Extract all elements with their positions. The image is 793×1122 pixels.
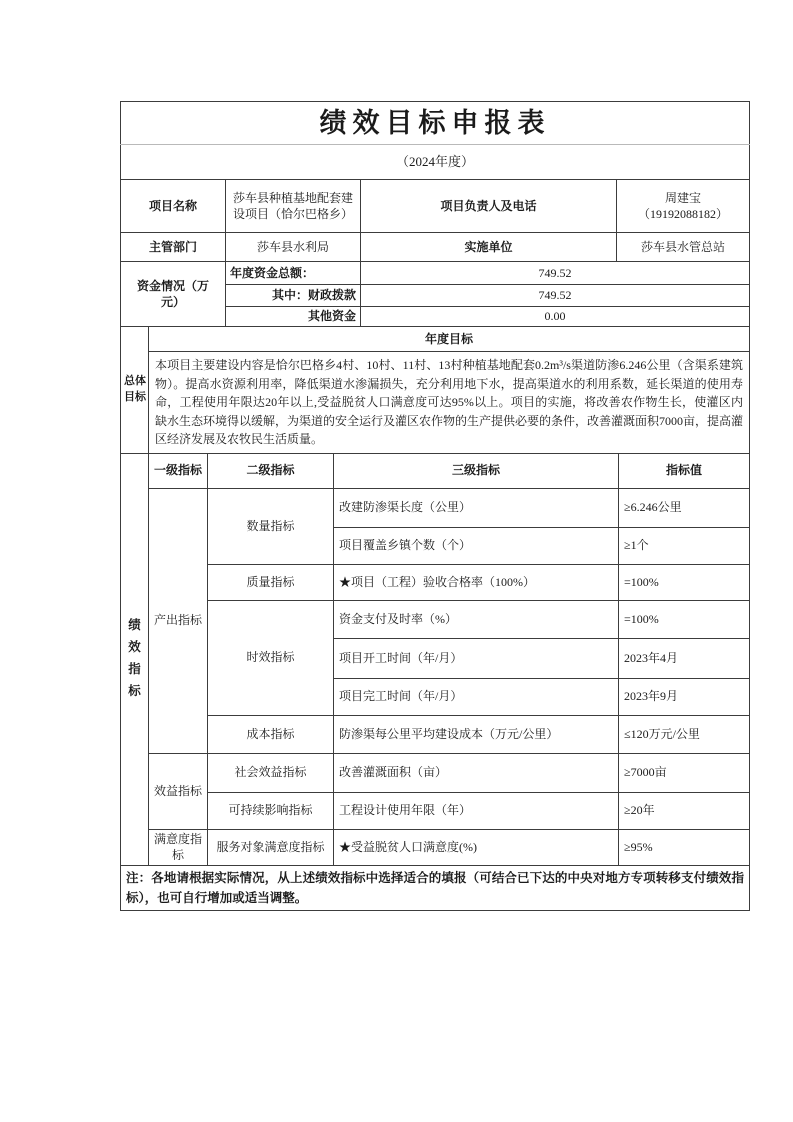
l3-cell: 项目完工时间（年/月） xyxy=(334,678,619,715)
header-level1: 一级指标 xyxy=(149,453,208,488)
indicator-row: 成本指标 防渗渠每公里平均建设成本（万元/公里） ≤120万元/公里 xyxy=(121,715,750,753)
header-value: 指标值 xyxy=(619,453,750,488)
fund-fiscal-value: 749.52 xyxy=(361,285,750,307)
l3-cell: 工程设计使用年限（年） xyxy=(334,792,619,829)
l2-quality-cell: 质量指标 xyxy=(208,564,334,600)
fund-total-row: 资金情况（万元） 年度资金总额： 749.52 xyxy=(121,262,750,285)
l1-output-cell: 产出指标 xyxy=(149,488,208,753)
title-section: 绩效目标申报表 （2024年度） xyxy=(120,101,750,180)
l2-quantity-cell: 数量指标 xyxy=(208,488,334,564)
l3-cell: 资金支付及时率（%） xyxy=(334,600,619,638)
impl-unit-value: 莎车县水管总站 xyxy=(617,233,750,262)
funds-section: 资金情况（万元） 年度资金总额： 749.52 其中：财政拨款 749.52 其… xyxy=(120,261,750,327)
indicator-row: 质量指标 ★项目（工程）验收合格率（100%） =100% xyxy=(121,564,750,600)
value-cell: 2023年4月 xyxy=(619,638,750,678)
note-section: 注：各地请根据实际情况，从上述绩效指标中选择适合的填报（可结合已下达的中央对地方… xyxy=(120,865,750,911)
overall-goal-section: 总体目标 年度目标 本项目主要建设内容是恰尔巴格乡4村、10村、11村、13村种… xyxy=(120,326,750,454)
value-cell: =100% xyxy=(619,600,750,638)
manager-label: 项目负责人及电话 xyxy=(361,180,617,233)
indicator-row: 产出指标 数量指标 改建防渗渠长度（公里） ≥6.246公里 xyxy=(121,488,750,527)
funds-section-label: 资金情况（万元） xyxy=(121,262,226,327)
header-level2: 二级指标 xyxy=(208,453,334,488)
overall-goal-side-label: 总体目标 xyxy=(121,327,149,454)
l3-cell: 项目覆盖乡镇个数（个） xyxy=(334,527,619,564)
indicators-side-label-text: 绩效指标 xyxy=(128,615,142,703)
l2-sustainability-cell: 可持续影响指标 xyxy=(208,792,334,829)
l3-cell: 改善灌溉面积（亩） xyxy=(334,753,619,792)
form-title: 绩效目标申报表 xyxy=(121,102,750,145)
footnote: 注：各地请根据实际情况，从上述绩效指标中选择适合的填报（可结合已下达的中央对地方… xyxy=(121,865,750,910)
funds-section-label-text: 资金情况（万元） xyxy=(131,278,215,310)
value-cell: =100% xyxy=(619,564,750,600)
project-name-row: 项目名称 莎车县种植基地配套建设项目（恰尔巴格乡） 项目负责人及电话 周建宝 （… xyxy=(121,180,750,233)
l2-service-satisfaction-cell: 服务对象满意度指标 xyxy=(208,829,334,865)
form-year-subtitle: （2024年度） xyxy=(121,145,750,180)
indicators-section: 绩效指标 一级指标 二级指标 三级指标 指标值 产出指标 数量指标 改建防渗渠长… xyxy=(120,453,750,866)
annual-goal-header: 年度目标 xyxy=(149,327,750,352)
department-row: 主管部门 莎车县水利局 实施单位 莎车县水管总站 xyxy=(121,233,750,262)
goal-text-row: 本项目主要建设内容是恰尔巴格乡4村、10村、11村、13村种植基地配套0.2m³… xyxy=(121,352,750,454)
impl-unit-label: 实施单位 xyxy=(361,233,617,262)
fund-other-label: 其他资金 xyxy=(226,307,361,327)
dept-value: 莎车县水利局 xyxy=(226,233,361,262)
indicators-side-label: 绩效指标 xyxy=(121,453,149,865)
value-cell: ≥7000亩 xyxy=(619,753,750,792)
fund-fiscal-label: 其中：财政拨款 xyxy=(226,285,361,307)
fund-other-value: 0.00 xyxy=(361,307,750,327)
l3-cell: 改建防渗渠长度（公里） xyxy=(334,488,619,527)
fund-total-label: 年度资金总额： xyxy=(226,262,361,285)
value-cell: ≤120万元/公里 xyxy=(619,715,750,753)
fund-total-value: 749.52 xyxy=(361,262,750,285)
page: { "colors": { "page_bg": "#ffffff", "tex… xyxy=(0,0,793,1122)
annual-goal-text: 本项目主要建设内容是恰尔巴格乡4村、10村、11村、13村种植基地配套0.2m³… xyxy=(149,352,750,454)
project-name-value: 莎车县种植基地配套建设项目（恰尔巴格乡） xyxy=(226,180,361,233)
indicators-header-row: 绩效指标 一级指标 二级指标 三级指标 指标值 xyxy=(121,453,750,488)
manager-value: 周建宝 （19192088182） xyxy=(617,180,750,233)
header-level3: 三级指标 xyxy=(334,453,619,488)
l1-satisfaction-cell: 满意度指标 xyxy=(149,829,208,865)
value-cell: ≥1个 xyxy=(619,527,750,564)
indicator-row: 可持续影响指标 工程设计使用年限（年） ≥20年 xyxy=(121,792,750,829)
l3-cell: ★受益脱贫人口满意度(%) xyxy=(334,829,619,865)
value-cell: ≥20年 xyxy=(619,792,750,829)
indicator-row: 时效指标 资金支付及时率（%） =100% xyxy=(121,600,750,638)
l2-timeliness-cell: 时效指标 xyxy=(208,600,334,715)
project-info-section: 项目名称 莎车县种植基地配套建设项目（恰尔巴格乡） 项目负责人及电话 周建宝 （… xyxy=(120,179,750,262)
project-name-label: 项目名称 xyxy=(121,180,226,233)
value-cell: ≥6.246公里 xyxy=(619,488,750,527)
l1-benefit-cell: 效益指标 xyxy=(149,753,208,829)
goal-header-row: 总体目标 年度目标 xyxy=(121,327,750,352)
indicator-row: 满意度指标 服务对象满意度指标 ★受益脱贫人口满意度(%) ≥95% xyxy=(121,829,750,865)
l2-social-benefit-cell: 社会效益指标 xyxy=(208,753,334,792)
l3-cell: ★项目（工程）验收合格率（100%） xyxy=(334,564,619,600)
value-cell: 2023年9月 xyxy=(619,678,750,715)
l2-cost-cell: 成本指标 xyxy=(208,715,334,753)
overall-goal-side-label-text: 总体目标 xyxy=(122,374,148,405)
declaration-form: 绩效目标申报表 （2024年度） 项目名称 莎车县种植基地配套建设项目（恰尔巴格… xyxy=(120,101,749,911)
dept-label: 主管部门 xyxy=(121,233,226,262)
l3-cell: 防渗渠每公里平均建设成本（万元/公里） xyxy=(334,715,619,753)
l3-cell: 项目开工时间（年/月） xyxy=(334,638,619,678)
value-cell: ≥95% xyxy=(619,829,750,865)
indicator-row: 效益指标 社会效益指标 改善灌溉面积（亩） ≥7000亩 xyxy=(121,753,750,792)
